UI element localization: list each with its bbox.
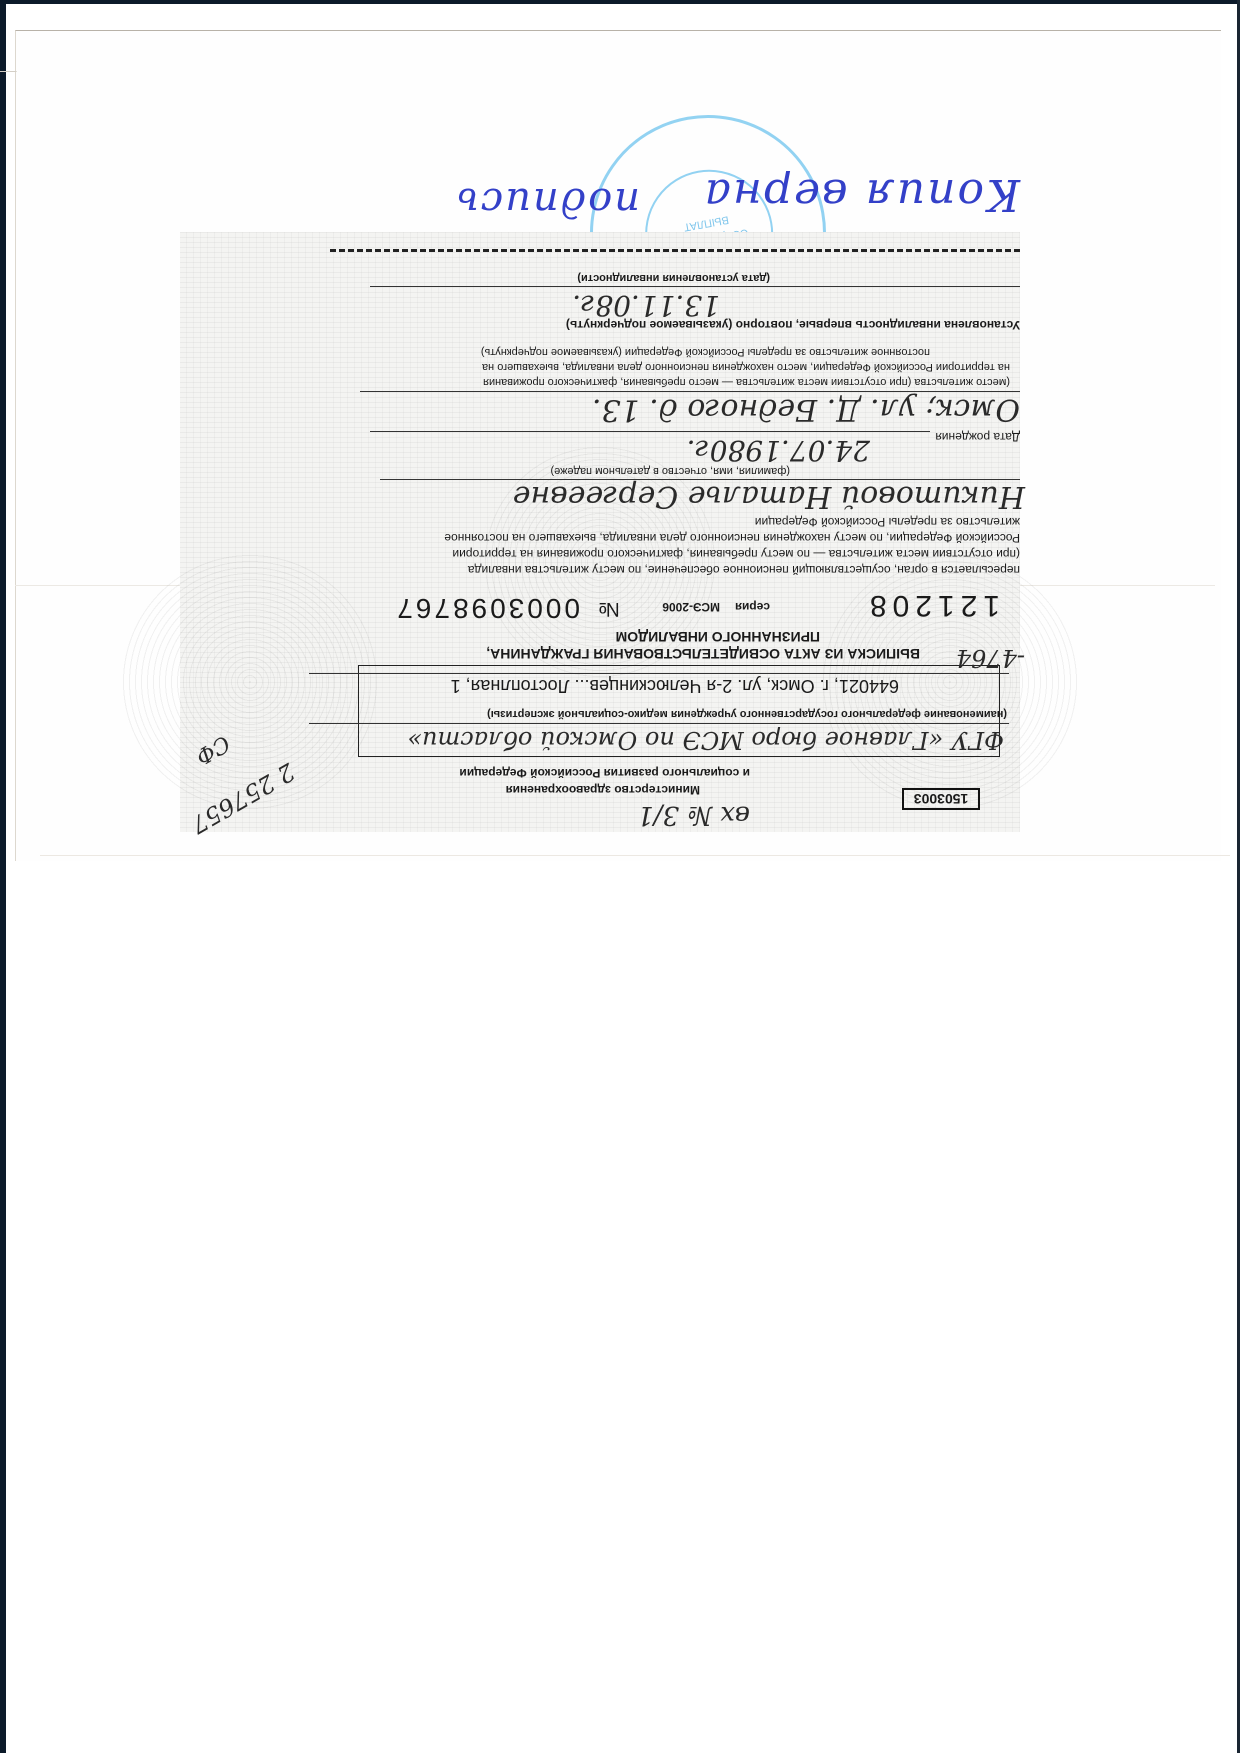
paper-edge (40, 855, 1230, 856)
forwarded-text-3: Российской Федерации, по месту нахождени… (444, 531, 1020, 545)
document-title-2: ПРИЗНАННОГО ИНВАЛИДОМ (616, 629, 820, 645)
recipient-name: Никитовой Наталье Сергеевне (513, 479, 1025, 514)
signature: подпись (455, 179, 640, 225)
disability-certificate-extract: 1503003 Министерство здравоохранения и с… (180, 232, 1020, 832)
address-caption-2: на территории Российской Федерации, мест… (482, 361, 1010, 373)
ministry-line-2: и социального развития Российской Федера… (459, 766, 750, 780)
dob-label: Дата рождения (935, 430, 1020, 444)
residence-address: Омск; ул. Д. Бедного д. 13. (592, 392, 1020, 427)
certification-note: Копия верна подпись (440, 130, 1040, 240)
institution-box: ФГУ «Главное бюро МСЭ по Омской области»… (358, 665, 1000, 757)
scan-border-top (0, 0, 1240, 4)
series-value: МСЭ-2006 (662, 600, 720, 614)
institution-name: ФГУ «Главное бюро МСЭ по Омской области» (407, 726, 1004, 754)
handwritten-ref: -4764 (956, 644, 1025, 672)
series-label: серия (735, 600, 770, 614)
institution-caption: (наименование федерального государственн… (487, 708, 1007, 720)
disability-established-date: 13.11.08г. (572, 289, 720, 322)
document-title-1: ВЫПИСКА ИЗ АКТА ОСВИДЕТЕЛЬСТВОВАНИЯ ГРАЖ… (486, 646, 920, 662)
disability-date-caption: (дата установления инвалидности) (577, 272, 770, 284)
address-caption-3: постоянное жительство за пределы Российс… (481, 346, 930, 358)
scan-border-left (0, 0, 6, 1753)
serial-prefix: 121208 (864, 588, 1000, 622)
institution-address: 644021, г. Омск, ул. 2-я Челюскинцев... … (451, 675, 899, 696)
forwarded-text-1: пересылается в орган, осуществляющий пен… (468, 563, 1020, 577)
copy-certified-note: Копия верна (703, 169, 1020, 220)
forwarded-text-2: (при отсутствии места жительства — по ме… (452, 547, 1020, 561)
form-number: 1503003 (902, 788, 980, 810)
margin-note: вх № 3/1 (637, 800, 750, 830)
guilloche-pattern (120, 552, 380, 812)
forwarded-text-4: жительство за пределы Российской Федерац… (755, 515, 1020, 529)
certificate-number: 0003098767 (394, 592, 580, 624)
dob-value: 24.07.1980г. (687, 434, 870, 467)
ministry-line-1: Министерство здравоохранения (506, 783, 700, 797)
address-caption-1: (место жительства (при отсутствии места … (483, 376, 1010, 388)
number-sign: № (599, 597, 620, 620)
